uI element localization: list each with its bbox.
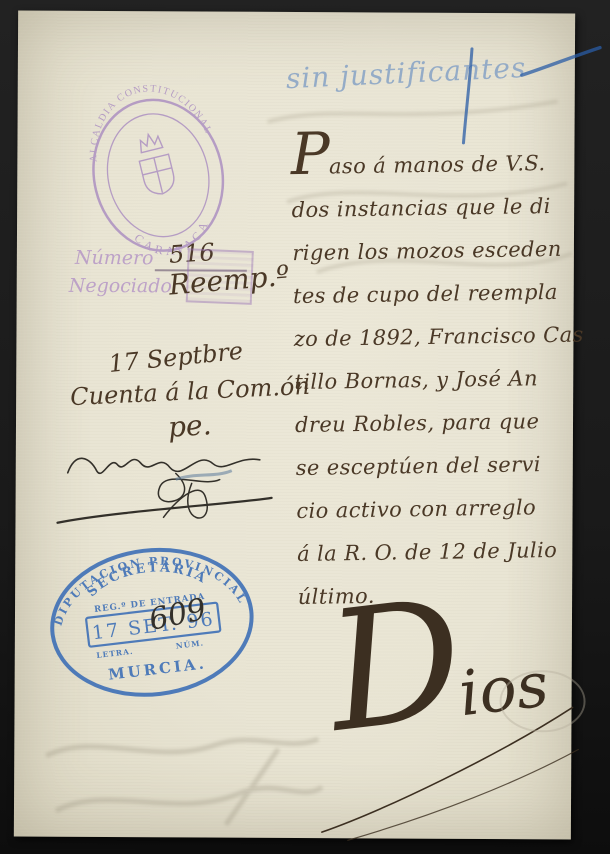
caravaca-oval-stamp: ALCALDIA CONSTITUCIONAL CARAVACA xyxy=(66,78,251,274)
letter-first-line-text: aso á manos de V.S. xyxy=(329,151,546,178)
note-line: Cuenta á la Com.ón xyxy=(70,372,311,411)
letter-line: tillo Bornas, y José An xyxy=(294,356,587,404)
letter-line-first: Paso á manos de V.S. xyxy=(290,128,583,189)
svg-text:ALCALDIA CONSTITUCIONAL: ALCALDIA CONSTITUCIONAL xyxy=(73,70,214,165)
letter-line: dos instancias que le di xyxy=(291,184,584,232)
entry-stamp-num-label: NÚM. xyxy=(175,638,204,650)
letter-dropcap: P xyxy=(290,119,329,188)
crown-shield-icon xyxy=(134,131,178,197)
photographed-document: sin justificantes ALCALDIA CONSTITUCIONA… xyxy=(0,0,610,854)
bleed-through-marks-bottom xyxy=(26,706,332,838)
paper-sheet: sin justificantes ALCALDIA CONSTITUCIONA… xyxy=(14,11,575,840)
letter-body: Paso á manos de V.S. dos instancias que … xyxy=(290,128,590,619)
entry-stamp-letra-label: LETRA. xyxy=(96,647,134,660)
letter-line: dreu Robles, para que xyxy=(295,399,588,447)
letter-line: rigen los mozos esceden xyxy=(292,227,585,275)
signature-rubric xyxy=(53,427,302,540)
letter-line: cio activo con arreglo xyxy=(296,485,589,533)
note-date: 17 Septbre xyxy=(107,337,244,378)
entry-stamp-city: MURCIA. xyxy=(107,654,207,683)
oval-stamp-arc-text: ALCALDIA CONSTITUCIONAL xyxy=(73,70,214,165)
letter-line: zo de 1892, Francisco Cas xyxy=(293,313,586,361)
letter-line: tes de cupo del reempla xyxy=(293,270,586,318)
negociado-label: Negociado xyxy=(69,275,172,298)
letter-line: se esceptúen del servi xyxy=(295,442,588,490)
closing-flourish xyxy=(314,662,590,853)
numero-label: Número xyxy=(75,247,154,269)
